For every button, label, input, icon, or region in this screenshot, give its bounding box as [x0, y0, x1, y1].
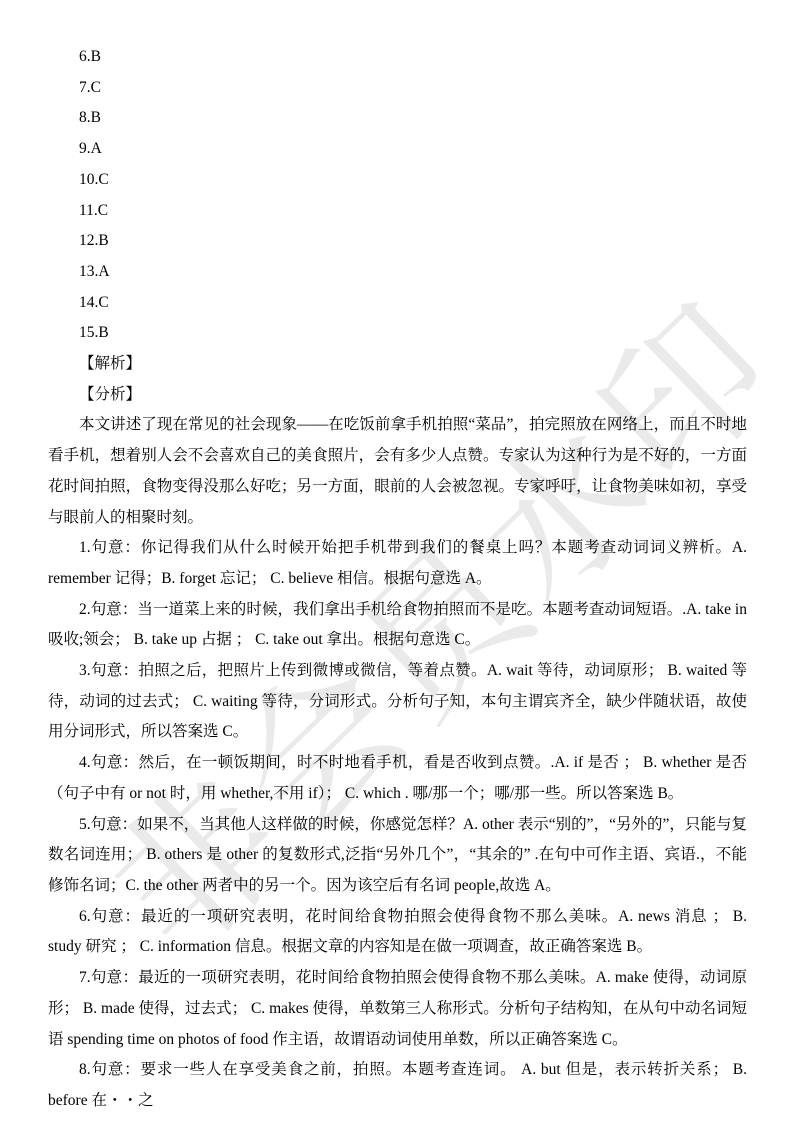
answer-item-11: 11.C	[48, 196, 747, 227]
answer-item-13: 13.A	[48, 257, 747, 288]
explanation-paragraph-2: 2.句意：当一道菜上来的时候，我们拿出手机给食物拍照而不是吃。本题考查动词短语。…	[48, 595, 747, 656]
answer-item-14: 14.C	[48, 288, 747, 319]
answer-item-8: 8.B	[48, 103, 747, 134]
section-label-breakdown: 【分析】	[48, 380, 747, 411]
explanation-paragraph-1: 1.句意：你记得我们从什么时候开始把手机带到我们的餐桌上吗？本题考查动词词义辨析…	[48, 533, 747, 594]
answer-item-15: 15.B	[48, 318, 747, 349]
explanation-paragraph-8: 8.句意：要求一些人在享受美食之前，拍照。本题考查连词。 A. but 但是，表…	[48, 1055, 747, 1116]
answer-item-7: 7.C	[48, 73, 747, 104]
answer-item-12: 12.B	[48, 226, 747, 257]
answer-item-10: 10.C	[48, 165, 747, 196]
document-page: 非会员水印 6.B 7.C 8.B 9.A 10.C 11.C 12.B 13.…	[0, 0, 793, 1122]
answer-item-6: 6.B	[48, 42, 747, 73]
explanation-paragraph-3: 3.句意：拍照之后，把照片上传到微博或微信，等着点赞。A. wait 等待，动词…	[48, 656, 747, 748]
explanation-paragraph-4: 4.句意：然后，在一顿饭期间，时不时地看手机，看是否收到点赞。.A. if 是否…	[48, 748, 747, 809]
explanation-paragraph-5: 5.句意：如果不，当其他人这样做的时候，你感觉怎样？A. other 表示“别的…	[48, 810, 747, 902]
explanation-paragraph-7: 7.句意：最近的一项研究表明，花时间给食物拍照会使得食物不那么美味。A. mak…	[48, 963, 747, 1055]
explanation-paragraph-6: 6.句意：最近的一项研究表明，花时间给食物拍照会使得食物不那么美味。A. new…	[48, 902, 747, 963]
summary-paragraph: 本文讲述了现在常见的社会现象——在吃饭前拿手机拍照“菜品”，拍完照放在网络上，而…	[48, 410, 747, 533]
document-content: 6.B 7.C 8.B 9.A 10.C 11.C 12.B 13.A 14.C…	[48, 42, 747, 1117]
section-label-analysis: 【解析】	[48, 349, 747, 380]
answer-item-9: 9.A	[48, 134, 747, 165]
